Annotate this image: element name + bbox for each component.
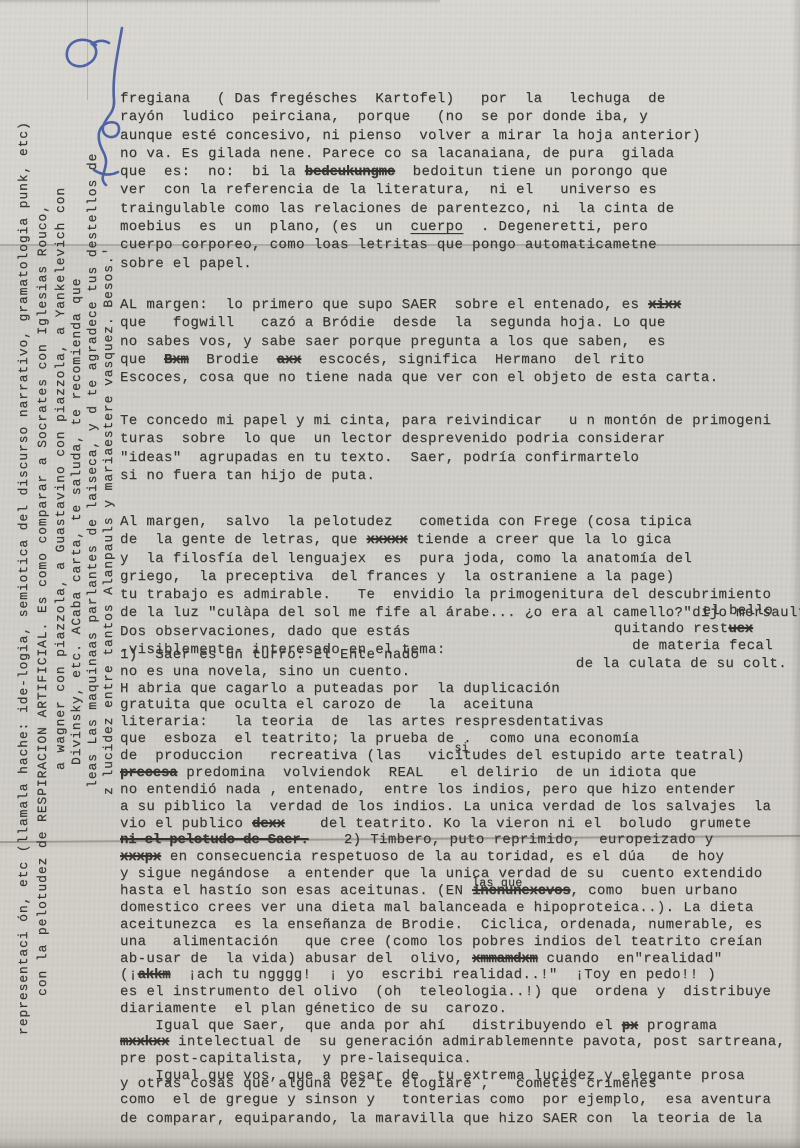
text-line: que fogwill cazó a Bródie desde la segun…	[120, 314, 800, 332]
text-line: (¡akkm ¡ach tu ngggg! ¡ yo escribi reali…	[120, 967, 800, 984]
text-line: ver con la referencia de la literatura, …	[120, 181, 800, 199]
text-line: que es: no: bi la bedeukungmc bedoitun t…	[120, 163, 800, 181]
paragraph-al-margen-saer: AL margen: lo primero que supo SAER sobr…	[120, 296, 800, 387]
text-line: no sabes vos, y sabe saer porque pregunt…	[120, 333, 800, 351]
handwritten-flourish-stroke	[99, 28, 122, 185]
margin-note-line: leas Las maquinaas parlantes de laiseca,…	[85, 153, 100, 788]
text-line: no va. Es gilada nene. Parece co sa laca…	[120, 145, 800, 163]
text-line: pre post-capitalista, y pre-laisequica.	[120, 1051, 800, 1068]
text-line: una alimentación que cree (como los pobr…	[120, 934, 800, 951]
margin-note-line: con la pelotudez de RESPIRACION ARTIFICI…	[35, 204, 50, 996]
paragraph-te-concedo: Te concedo mi papel y mi cinta, para rei…	[120, 412, 800, 485]
text-line: mxxkxx intelectual de su generación admi…	[120, 1034, 800, 1051]
text-line: Te concedo mi papel y mi cinta, para rei…	[120, 412, 800, 430]
text-line: traingulable como las relaciones de pare…	[120, 200, 800, 218]
text-line: si no fuera tan hijo de puta.	[120, 467, 800, 485]
fold-crease-vertical	[87, 0, 88, 100]
text-line: fregiana ( Das fregésches Kartofel) por …	[120, 90, 800, 108]
paper-edge-shadow-bottom	[0, 1138, 800, 1148]
text-line: aunque esté concesivo, ni pienso volver …	[120, 127, 800, 145]
text-line: sobre el papel.	[120, 255, 800, 273]
margin-note-line: representaci ón, etc (llamala hache: ide…	[16, 121, 31, 1035]
text-line: no entendió nada , entenado, entre los i…	[120, 782, 800, 799]
text-line: y la filosfía del lenguajex es pura joda…	[120, 550, 800, 568]
text-line: xxxpx en consecuencia respetuoso de la a…	[120, 849, 800, 866]
text-line: aceitunezca es la enseñanza de Brodie. C…	[120, 917, 800, 934]
scanned-letter-page: { "document": { "kind": "typewritten let…	[0, 0, 800, 1148]
paragraph-fregiana: fregiana ( Das fregésches Kartofel) por …	[120, 90, 800, 273]
paragraph-observaciones: 1) Saer es un turro: El Ente nadono es u…	[120, 647, 800, 1128]
text-line: y sigue negándose a entender que la unic…	[120, 866, 800, 883]
text-line: gratuita que oculta el carozo de la acei…	[120, 697, 800, 714]
text-line: diariamente el plan génetico de su caroz…	[120, 1001, 800, 1018]
text-line: es el instrumento del olivo (oh teleolog…	[120, 984, 800, 1001]
text-line: como el de gregue y sinson y tonterias c…	[120, 1092, 800, 1109]
text-line: literaria: la teoria de las artes respre…	[120, 714, 800, 731]
text-line: de comparar, equiparando, la maravilla q…	[120, 1111, 800, 1128]
margin-note-line: z lucidez entre tantos Alanpauls y maria…	[101, 247, 116, 795]
text-line: precesa predomina volviendok REAL el del…	[120, 765, 800, 782]
text-line: de produccion recreativa (las vicsiitude…	[120, 748, 800, 766]
text-line: rayón ludico peirciana, porque (no se po…	[120, 108, 800, 126]
text-line: 1) Saer es un turro: El Ente nado	[120, 647, 800, 664]
text-line: tu trabajo es admirable. Te envidio la p…	[120, 586, 800, 604]
text-line: domestico crees ver una dieta mal balanc…	[120, 900, 800, 917]
text-line: hasta el hastío son esas aceitunas. (EN …	[120, 883, 800, 901]
text-line: Al margen, salvo la pelotudez cometida c…	[120, 513, 800, 531]
text-line: Igual que Saer, que anda por ahí distrib…	[120, 1018, 800, 1035]
text-line: griego, la preceptiva del frances y la o…	[120, 568, 800, 586]
text-line: cuerpo corporeo, como loas letritas que …	[120, 236, 800, 254]
text-line: a su piblico la verdad de los indios. La…	[120, 799, 800, 816]
text-line: vio el publico dexx del teatrito. Ko la …	[120, 816, 800, 833]
text-line: moebius es un plano, (es un cuerpo . Deg…	[120, 218, 800, 236]
text-line: H abria que cagarlo a puteadas por la du…	[120, 681, 800, 698]
text-line: quitando restuex	[553, 621, 787, 639]
text-line: "ideas" agrupadas en tu texto. Saer, pod…	[120, 449, 800, 467]
text-line: el bello	[553, 603, 787, 621]
text-line: ni el pelotudo de Saer. 2) Timbero, puto…	[120, 832, 800, 849]
text-line: turas sobre lo que un lector desprevenid…	[120, 430, 800, 448]
margin-note-line: Divinsky, etc. ACaba carta, te saluda, t…	[69, 278, 84, 765]
text-line: no es una novela, sino un cuento.	[120, 664, 800, 681]
paper-edge-shadow-top	[0, 0, 440, 4]
text-line: de la gente de letras, que xxxxx tiende …	[120, 531, 800, 549]
text-line: ab-usar de la vida) abusar del olivo, xm…	[120, 951, 800, 968]
margin-note-line: a wagner con piazzola, a Guastavino con …	[53, 187, 68, 770]
text-line: que Bxm Brodie axx escocés, significa He…	[120, 351, 800, 369]
text-line: Escoces, cosa que no tiene nada que ver …	[120, 369, 800, 387]
text-line: AL margen: lo primero que supo SAER sobr…	[120, 296, 800, 314]
